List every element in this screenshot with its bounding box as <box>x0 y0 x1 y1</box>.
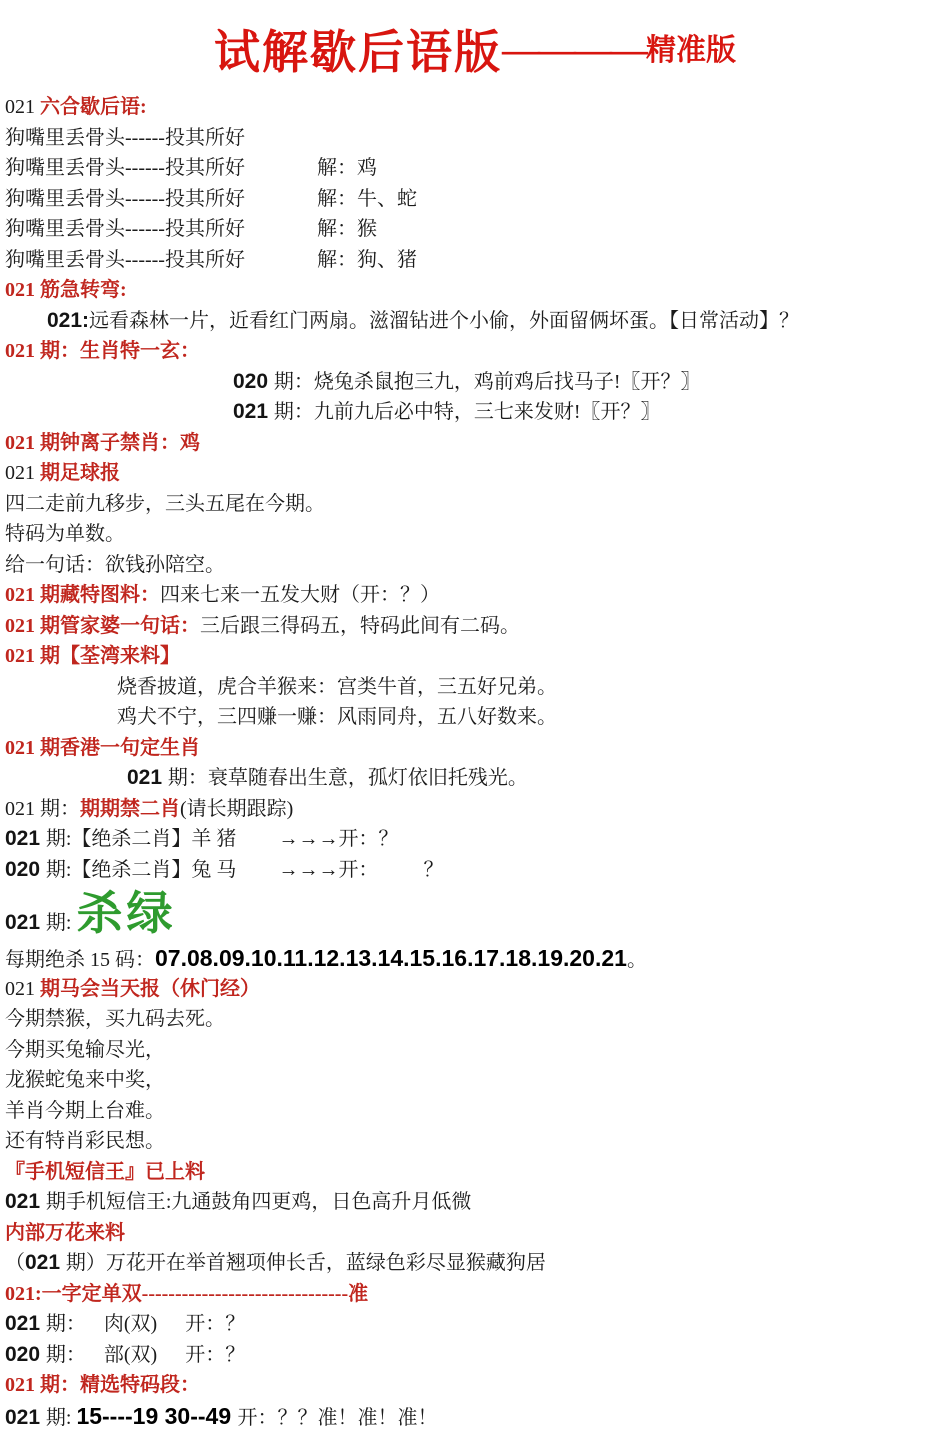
text-segment: 解：狗、猪 <box>317 249 417 271</box>
text-segment: 开：？？准！准！准！ <box>238 1407 438 1429</box>
text-segment: 内部万花来料 <box>5 1222 125 1244</box>
text-line: 狗嘴里丢骨头------投其所好解：狗、猪 <box>5 245 950 276</box>
text-line: 020 期：部(双)开：？ <box>5 1340 950 1371</box>
text-segment: 021 <box>5 462 40 484</box>
text-segment: 期）万花开在举首翘项伸长舌，蓝绿色彩尽显猴藏狗居 <box>66 1252 546 1274</box>
text-segment: →→→开： <box>278 859 378 881</box>
text-segment: 021: <box>47 309 89 332</box>
text-segment: 期： <box>46 1313 86 1335</box>
text-line: 020 期:【绝杀二肖】兔 马→→→开：？ <box>5 855 950 886</box>
text-segment: 021 <box>5 978 40 1000</box>
text-line: 四二走前九移步，三头五尾在今期。 <box>5 489 950 520</box>
text-segment: 021 期藏特图料： <box>5 584 160 606</box>
text-line: 021 期:【绝杀二肖】羊 猪→→→开：？ <box>5 824 950 855</box>
text-segment: 021 期钟离子禁肖：鸡 <box>5 432 200 454</box>
text-segment: 远看森林一片，近看红门两扇。滋溜钻进个小偷，外面留俩坏蛋。【日常活动】？ <box>89 310 799 332</box>
text-segment: 期足球报 <box>40 462 120 484</box>
text-line: 021 期: 15----19 30--49 开：？？准！准！准！ <box>5 1401 950 1429</box>
text-line: 每期绝杀 15 码：07.08.09.10.11.12.13.14.15.16.… <box>5 943 950 974</box>
text-line: 021 期【荃湾来料】 <box>5 641 950 672</box>
text-segment: 021 <box>5 1190 46 1213</box>
text-segment: 解：鸡 <box>317 157 377 179</box>
text-segment: ？ <box>423 859 443 881</box>
text-segment: 020 <box>5 1343 46 1366</box>
text-segment: 四二走前九移步，三头五尾在今期。 <box>5 493 325 515</box>
text-segment: 狗嘴里丢骨头------投其所好 <box>5 127 245 149</box>
text-segment: 期:【绝杀二肖】兔 马 <box>46 859 237 881</box>
text-segment: 021 <box>233 400 274 423</box>
text-segment: 烧香披道，虎合羊猴来：宫类牛首，三五好兄弟。 <box>117 676 557 698</box>
text-line: 021 期：衰草随春出生意，孤灯依旧托残光。 <box>127 763 950 794</box>
text-line: 021 筋急转弯: <box>5 275 950 306</box>
text-segment: 解：牛、蛇 <box>317 188 417 210</box>
text-segment: 开：？ <box>185 1313 245 1335</box>
text-line: 021 期香港一句定生肖 <box>5 733 950 764</box>
text-segment: 期：衰草随春出生意，孤灯依旧托残光。 <box>168 767 528 789</box>
text-line: 羊肖今期上台难。 <box>5 1096 950 1127</box>
title-dash: ———— <box>502 29 646 71</box>
text-line: 021 期：生肖特一玄： <box>5 336 950 367</box>
text-segment: 六合歇后语: <box>40 96 147 118</box>
text-segment: 今期买兔输尽光， <box>5 1039 165 1061</box>
text-segment: 期: <box>46 912 77 934</box>
text-segment: 020 <box>233 370 274 393</box>
text-line: 鸡犬不宁，三四赚一赚：风雨同舟，五八好数来。 <box>117 702 950 733</box>
text-segment: 『手机短信王』已上料 <box>5 1161 205 1183</box>
text-segment: 给一句话：欲钱孙陪空。 <box>5 554 225 576</box>
text-segment: 021 筋急转弯: <box>5 279 127 301</box>
text-line: 021 期马会当天报（休门经） <box>5 974 950 1005</box>
text-segment: 期： <box>46 1344 86 1366</box>
text-segment: 鸡犬不宁，三四赚一赚：风雨同舟，五八好数来。 <box>117 706 557 728</box>
text-line: 021 期手机短信王:九通鼓角四更鸡，日色高升月低微 <box>5 1187 950 1218</box>
text-segment: 期:【绝杀二肖】羊 猪 <box>46 828 237 850</box>
text-line: 021 期：肉(双)开：？ <box>5 1309 950 1340</box>
text-segment: 15----19 30--49 <box>76 1403 237 1429</box>
page-title: 试解歇后语版————精准版 <box>0 16 950 82</box>
text-segment: 021:一字定单双-------------------------------… <box>5 1283 368 1305</box>
text-line: 『手机短信王』已上料 <box>5 1157 950 1188</box>
text-line: 021 期: 杀绿 <box>5 885 950 943</box>
title-suffix: 精准版 <box>646 34 736 67</box>
text-line: 021:一字定单双-------------------------------… <box>5 1279 950 1310</box>
title-main: 试解歇后语版 <box>214 27 502 78</box>
text-segment: 特码为单数。 <box>5 523 125 545</box>
text-segment: 羊肖今期上台难。 <box>5 1100 165 1122</box>
text-line: 021 期藏特图料：四来七来一五发大财（开：？） <box>5 580 950 611</box>
text-segment: 07.08.09.10.11.12.13.14.15.16.17.18.19.2… <box>155 945 627 971</box>
text-segment: 期期禁二肖 <box>80 798 180 820</box>
text-line: 021 期管家婆一句话：三后跟三得码五，特码此间有二码。 <box>5 611 950 642</box>
text-line: 今期买兔输尽光， <box>5 1035 950 1066</box>
text-segment: 四来七来一五发大财（开：？） <box>160 584 440 606</box>
text-line: 今期禁猴，买九码去死。 <box>5 1004 950 1035</box>
text-line: 给一句话：欲钱孙陪空。 <box>5 550 950 581</box>
text-segment: 期：九前九后必中特，三七来发财!〖开？〗 <box>274 401 661 423</box>
text-segment: 解：猴 <box>317 218 377 240</box>
text-segment: 今期禁猴，买九码去死。 <box>5 1008 225 1030</box>
text-line: 龙猴蛇兔来中奖， <box>5 1065 950 1096</box>
text-line: 020 期：烧兔杀鼠抱三九，鸡前鸡后找马子!〖开？〗 <box>233 367 950 398</box>
text-segment: 杀绿 <box>76 887 176 939</box>
text-segment: 021 <box>25 1251 66 1274</box>
text-line: 021 六合歇后语: <box>5 92 950 123</box>
text-segment: 021 <box>127 766 168 789</box>
text-line: 021 期：期期禁二肖(请长期跟踪) <box>5 794 950 825</box>
text-segment: 还有特肖彩民想。 <box>5 1130 165 1152</box>
text-segment: 020 <box>5 858 46 881</box>
text-segment: 期马会当天报（休门经） <box>40 978 260 1000</box>
text-line: 021 期钟离子禁肖：鸡 <box>5 428 950 459</box>
text-segment: 龙猴蛇兔来中奖， <box>5 1069 165 1091</box>
text-line: 狗嘴里丢骨头------投其所好解：猴 <box>5 214 950 245</box>
text-line: 狗嘴里丢骨头------投其所好 <box>5 123 950 154</box>
text-segment: 狗嘴里丢骨头------投其所好 <box>5 218 245 240</box>
text-line: 狗嘴里丢骨头------投其所好解：鸡 <box>5 153 950 184</box>
text-segment: （ <box>5 1252 25 1274</box>
text-segment: →→→开：？ <box>278 828 398 850</box>
text-segment: 狗嘴里丢骨头------投其所好 <box>5 249 245 271</box>
text-segment: 期手机短信王:九通鼓角四更鸡，日色高升月低微 <box>46 1191 472 1213</box>
text-line: 内部万花来料 <box>5 1218 950 1249</box>
text-line: 021:远看森林一片，近看红门两扇。滋溜钻进个小偷，外面留俩坏蛋。【日常活动】？ <box>47 306 950 337</box>
text-segment: 开：？ <box>185 1344 245 1366</box>
text-segment: 021 期：生肖特一玄： <box>5 340 200 362</box>
text-segment: 每期绝杀 15 码： <box>5 949 155 971</box>
text-segment: 021 期【荃湾来料】 <box>5 645 180 667</box>
text-segment: 狗嘴里丢骨头------投其所好 <box>5 188 245 210</box>
text-segment: 021 期： <box>5 798 80 820</box>
text-segment: 。 <box>627 949 647 971</box>
content-lines: 021 六合歇后语:狗嘴里丢骨头------投其所好狗嘴里丢骨头------投其… <box>0 92 950 1429</box>
text-segment: 肉(双) <box>104 1313 157 1335</box>
text-segment: 三后跟三得码五，特码此间有二码。 <box>200 615 520 637</box>
text-segment: 021 <box>5 911 46 934</box>
text-segment: 021 <box>5 827 46 850</box>
text-line: 烧香披道，虎合羊猴来：宫类牛首，三五好兄弟。 <box>117 672 950 703</box>
text-segment: 部(双) <box>104 1344 157 1366</box>
text-segment: 021 <box>5 96 40 118</box>
text-line: 狗嘴里丢骨头------投其所好解：牛、蛇 <box>5 184 950 215</box>
text-line: 021 期足球报 <box>5 458 950 489</box>
text-segment: 021 <box>5 1312 46 1335</box>
text-segment: (请长期跟踪) <box>180 798 293 820</box>
text-segment: 021 期：精选特码段： <box>5 1374 200 1396</box>
text-segment: 021 期香港一句定生肖 <box>5 737 200 759</box>
text-segment: 期: <box>46 1407 77 1429</box>
text-line: 021 期：精选特码段： <box>5 1370 950 1401</box>
text-segment: 狗嘴里丢骨头------投其所好 <box>5 157 245 179</box>
text-line: 021 期：九前九后必中特，三七来发财!〖开？〗 <box>233 397 950 428</box>
text-segment: 021 <box>5 1406 46 1429</box>
text-segment: 021 期管家婆一句话： <box>5 615 200 637</box>
text-segment: 期：烧兔杀鼠抱三九，鸡前鸡后找马子!〖开？〗 <box>274 371 701 393</box>
text-line: 特码为单数。 <box>5 519 950 550</box>
text-line: （021 期）万花开在举首翘项伸长舌，蓝绿色彩尽显猴藏狗居 <box>5 1248 950 1279</box>
text-line: 还有特肖彩民想。 <box>5 1126 950 1157</box>
